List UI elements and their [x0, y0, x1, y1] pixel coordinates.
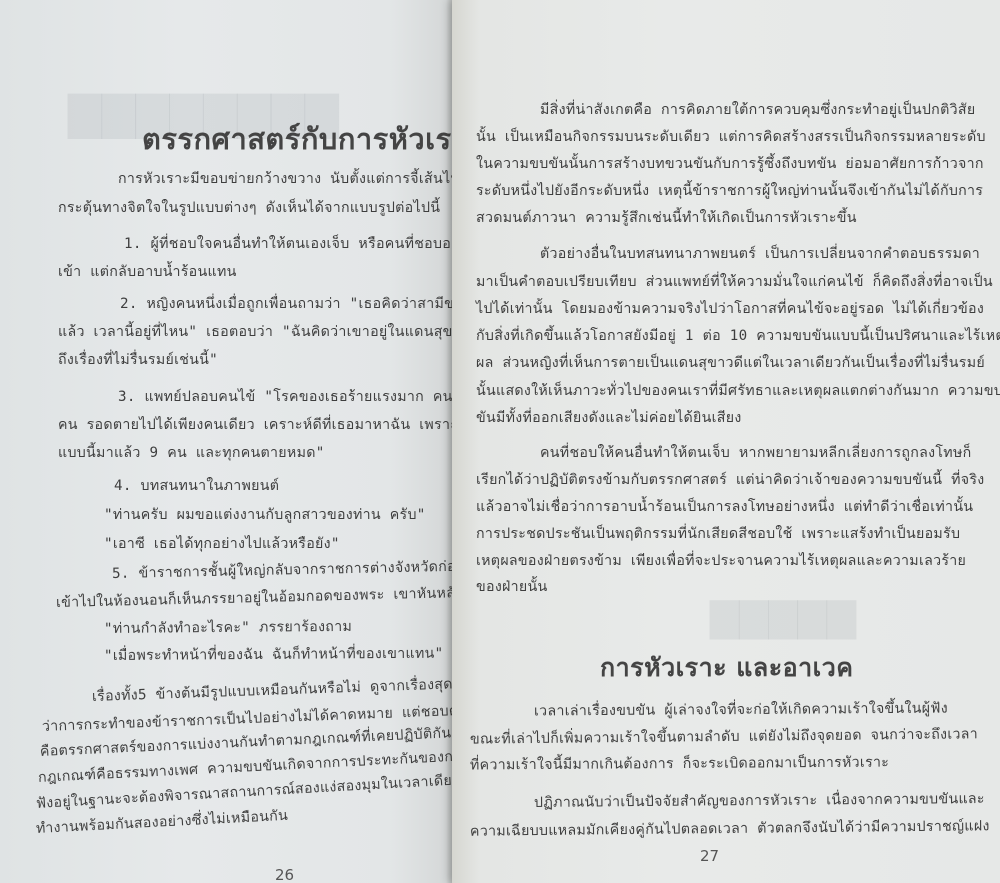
text-line: กระตุ้นทางจิตใจในรูปแบบต่างๆ ดังเห็นได้จ… [58, 201, 440, 215]
text-line: การประชดประชันเป็นพฤติกรรมที่นักเสียดสีช… [476, 527, 960, 541]
text-line: ของฝ่ายนั้น [476, 580, 548, 594]
text-line: ระดับหนึ่งไปยังอีกระดับหนึ่ง เหตุนี้ข้าร… [476, 184, 983, 198]
text-line: 4. บทสนทนาในภาพยนต์ [114, 479, 279, 493]
right-page: ▇▇▇▇▇ มีสิ่งที่น่าสังเกตคือ การคิดภายใต้… [452, 0, 1000, 883]
text-line: นั้น เป็นเหมือนกิจกรรมบนระดับเดียว แต่กา… [476, 130, 986, 144]
text-line: ตัวอย่างอื่นในบทสนทนาภาพยนตร์ เป็นการเปล… [540, 247, 980, 261]
text-line: คน รอดตายไปได้เพียงคนเดียว เคราะห์ดีที่เ… [58, 418, 458, 432]
page-number-right: 27 [700, 847, 719, 865]
show-through-text: ▇▇▇▇▇ [710, 594, 856, 639]
text-line: ในความขบขันนั้นการสร้างบทขวนขันกับการรู้… [476, 157, 984, 171]
text-line: เหตุผลของฝ่ายตรงข้าม เพียงเพื่อที่จะประจ… [476, 554, 966, 568]
text-line: มีสิ่งที่น่าสังเกตคือ การคิดภายใต้การควบ… [540, 103, 975, 117]
text-line: ผล ส่วนหญิงที่เห็นการตายเป็นแดนสุขาวดีแต… [476, 356, 985, 370]
text-line: เรียกได้ว่าปฏิบัติตรงข้ามกับตรรกศาสตร์ แ… [476, 473, 985, 487]
text-line: "เอาซี เธอได้ทุกอย่างไปแล้วหรือยัง" [104, 537, 340, 551]
left-page: ▇▇▇▇▇▇▇▇ ตรรกศาสตร์กับการหัวเราะ การหัวเ… [0, 0, 458, 883]
chapter-title: ตรรกศาสตร์กับการหัวเราะ [142, 116, 458, 162]
text-line: 5. ข้าราชการชั้นผู้ใหญ่กลับจากราชการต่าง… [112, 559, 458, 581]
text-line: เวลาเล่าเรื่องขบขัน ผู้เล่าจงใจที่จะก่อใ… [534, 702, 948, 719]
text-line: ไปได้เท่านั้น โดยมองข้ามความจริงไปว่าโอก… [476, 302, 984, 316]
text-line: ความเฉียบบแหลมมักเคียงคู่กันไปตลอดเวลา ต… [470, 819, 990, 839]
text-line: แล้วอาจไม่เชื่อว่าการอาบน้ำร้อนเป็นการลง… [476, 500, 973, 514]
text-line: ขณะที่เล่าไปก็เพิ่มความเร้าใจขึ้นตามลำดั… [470, 727, 978, 747]
text-line: กับสิ่งที่เกิดขึ้นแล้วโอกาสยังมีอยู่ 1 ต… [476, 329, 1000, 343]
text-line: ทำงานพร้อมกันสองอย่างซึ่งไม่เหมือนกัน [36, 809, 289, 836]
section-title: การหัวเราะ และอาเวค [600, 648, 853, 688]
text-line: แล้ว เวลานี้อยู่ที่ไหน" เธอตอบว่า "ฉันคิ… [58, 325, 458, 339]
text-line: เข้าไปในห้องนอนก็เห็นภรรยาอยู่ในอ้อมกอดข… [56, 585, 458, 610]
text-line: การหัวเราะมีขอบข่ายกว้างขวาง นับตั้งแต่ก… [118, 172, 458, 186]
text-line: 3. แพทย์ปลอบคนไข้ "โรคของเธอร้ายแรงมาก ค… [118, 390, 458, 404]
text-line: "เมื่อพระทำหน้าที่ของฉัน ฉันก็ทำหน้าที่ข… [104, 647, 444, 664]
text-line: "ท่านกำลังทำอะไรคะ" ภรรยาร้องถาม [104, 620, 352, 636]
text-line: สวดมนต์ภาวนา ความรู้สึกเช่นนี้ทำให้เกิดเ… [476, 211, 857, 225]
text-line: แบบนี้มาแล้ว 9 คน และทุกคนตายหมด" [58, 446, 325, 460]
text-line: มาเป็นคำตอบเปรียบเทียบ ส่วนแพทย์ที่ให้คว… [476, 275, 993, 289]
text-line: เรื่องทั้ง5 ข้างต้นมีรูปแบบเหมือนกันหรือ… [92, 676, 458, 704]
text-line: ถึงเรื่องที่ไม่รื่นรมย์เช่นนี้" [58, 353, 218, 367]
text-line: ที่ความเร้าใจนี้มีมากเกินต้องการ ก็จะระเ… [470, 756, 889, 773]
text-line: เข้า แต่กลับอาบน้ำร้อนแทน [58, 265, 237, 279]
text-line: 2. หญิงคนหนึ่งเมื่อถูกเพื่อนถามว่า "เธอค… [120, 297, 458, 311]
page-number-left: 26 [275, 866, 294, 883]
text-line: ปฏิภาณนับว่าเป็นปัจจัยสำคัญของการหัวเราะ… [534, 792, 985, 810]
text-line: 1. ผู้ที่ชอบใจคนอื่นทำให้ตนเองเจ็บ หรือค… [124, 237, 458, 251]
text-line: นั้นแสดงให้เห็นภาวะทั่วไปของคนเราที่มีศร… [476, 384, 1000, 398]
text-line: ขันมีทั้งที่ออกเสียงดังและไม่ค่อยได้ยินเ… [476, 411, 742, 425]
open-book-spread: ▇▇▇▇▇▇▇▇ ตรรกศาสตร์กับการหัวเราะ การหัวเ… [0, 0, 1000, 883]
text-line: คนที่ชอบให้คนอื่นทำให้ตนเจ็บ หากพยายามหล… [540, 446, 972, 460]
text-line: "ท่านครับ ผมขอแต่งงานกับลูกสาวของท่าน คร… [104, 508, 426, 522]
